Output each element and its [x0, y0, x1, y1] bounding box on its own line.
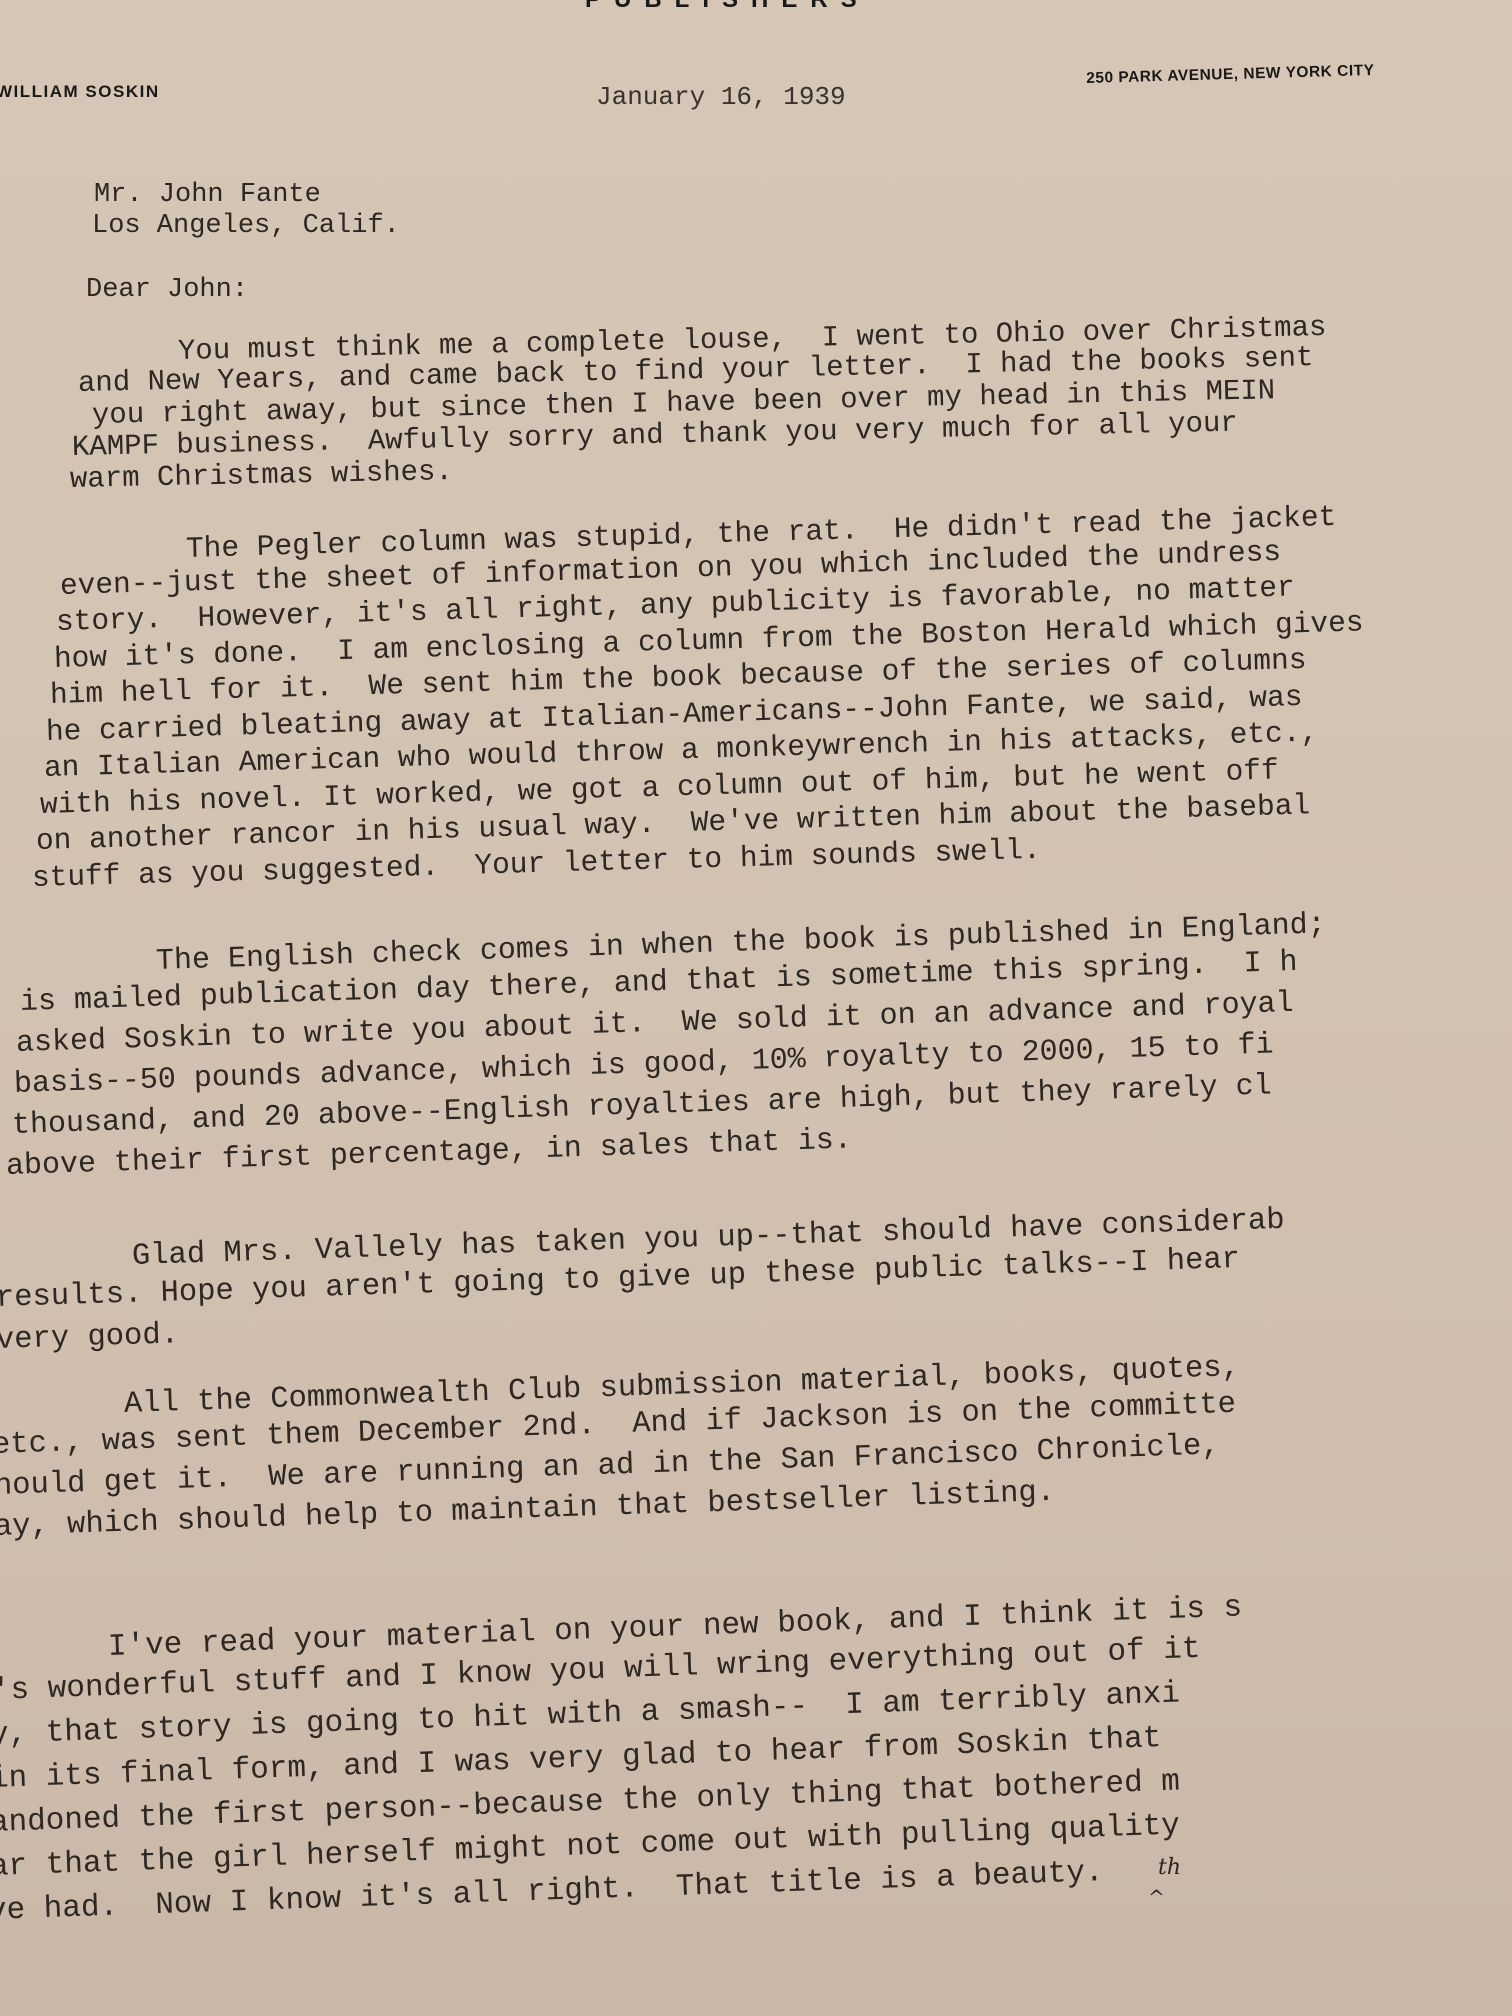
body-line: warm Christmas wishes.	[70, 455, 453, 496]
salutation: Dear John:	[86, 275, 248, 305]
letterhead-banner: PUBLISHERS	[585, 0, 870, 14]
body-line: very good.	[0, 1318, 179, 1358]
handwritten-insertion: th	[1158, 1855, 1181, 1880]
caret-mark: ^	[1148, 1885, 1165, 1909]
letterhead-name: WILLIAM SOSKIN	[0, 82, 160, 102]
recipient-city: Los Angeles, Calif.	[92, 211, 400, 241]
recipient-name: Mr. John Fante	[94, 180, 321, 210]
letter-page: PUBLISHERS WILLIAM SOSKIN January 16, 19…	[0, 0, 1512, 2016]
letter-date: January 16, 1939	[596, 82, 846, 112]
letterhead-address: 250 PARK AVENUE, NEW YORK CITY	[1086, 62, 1375, 88]
